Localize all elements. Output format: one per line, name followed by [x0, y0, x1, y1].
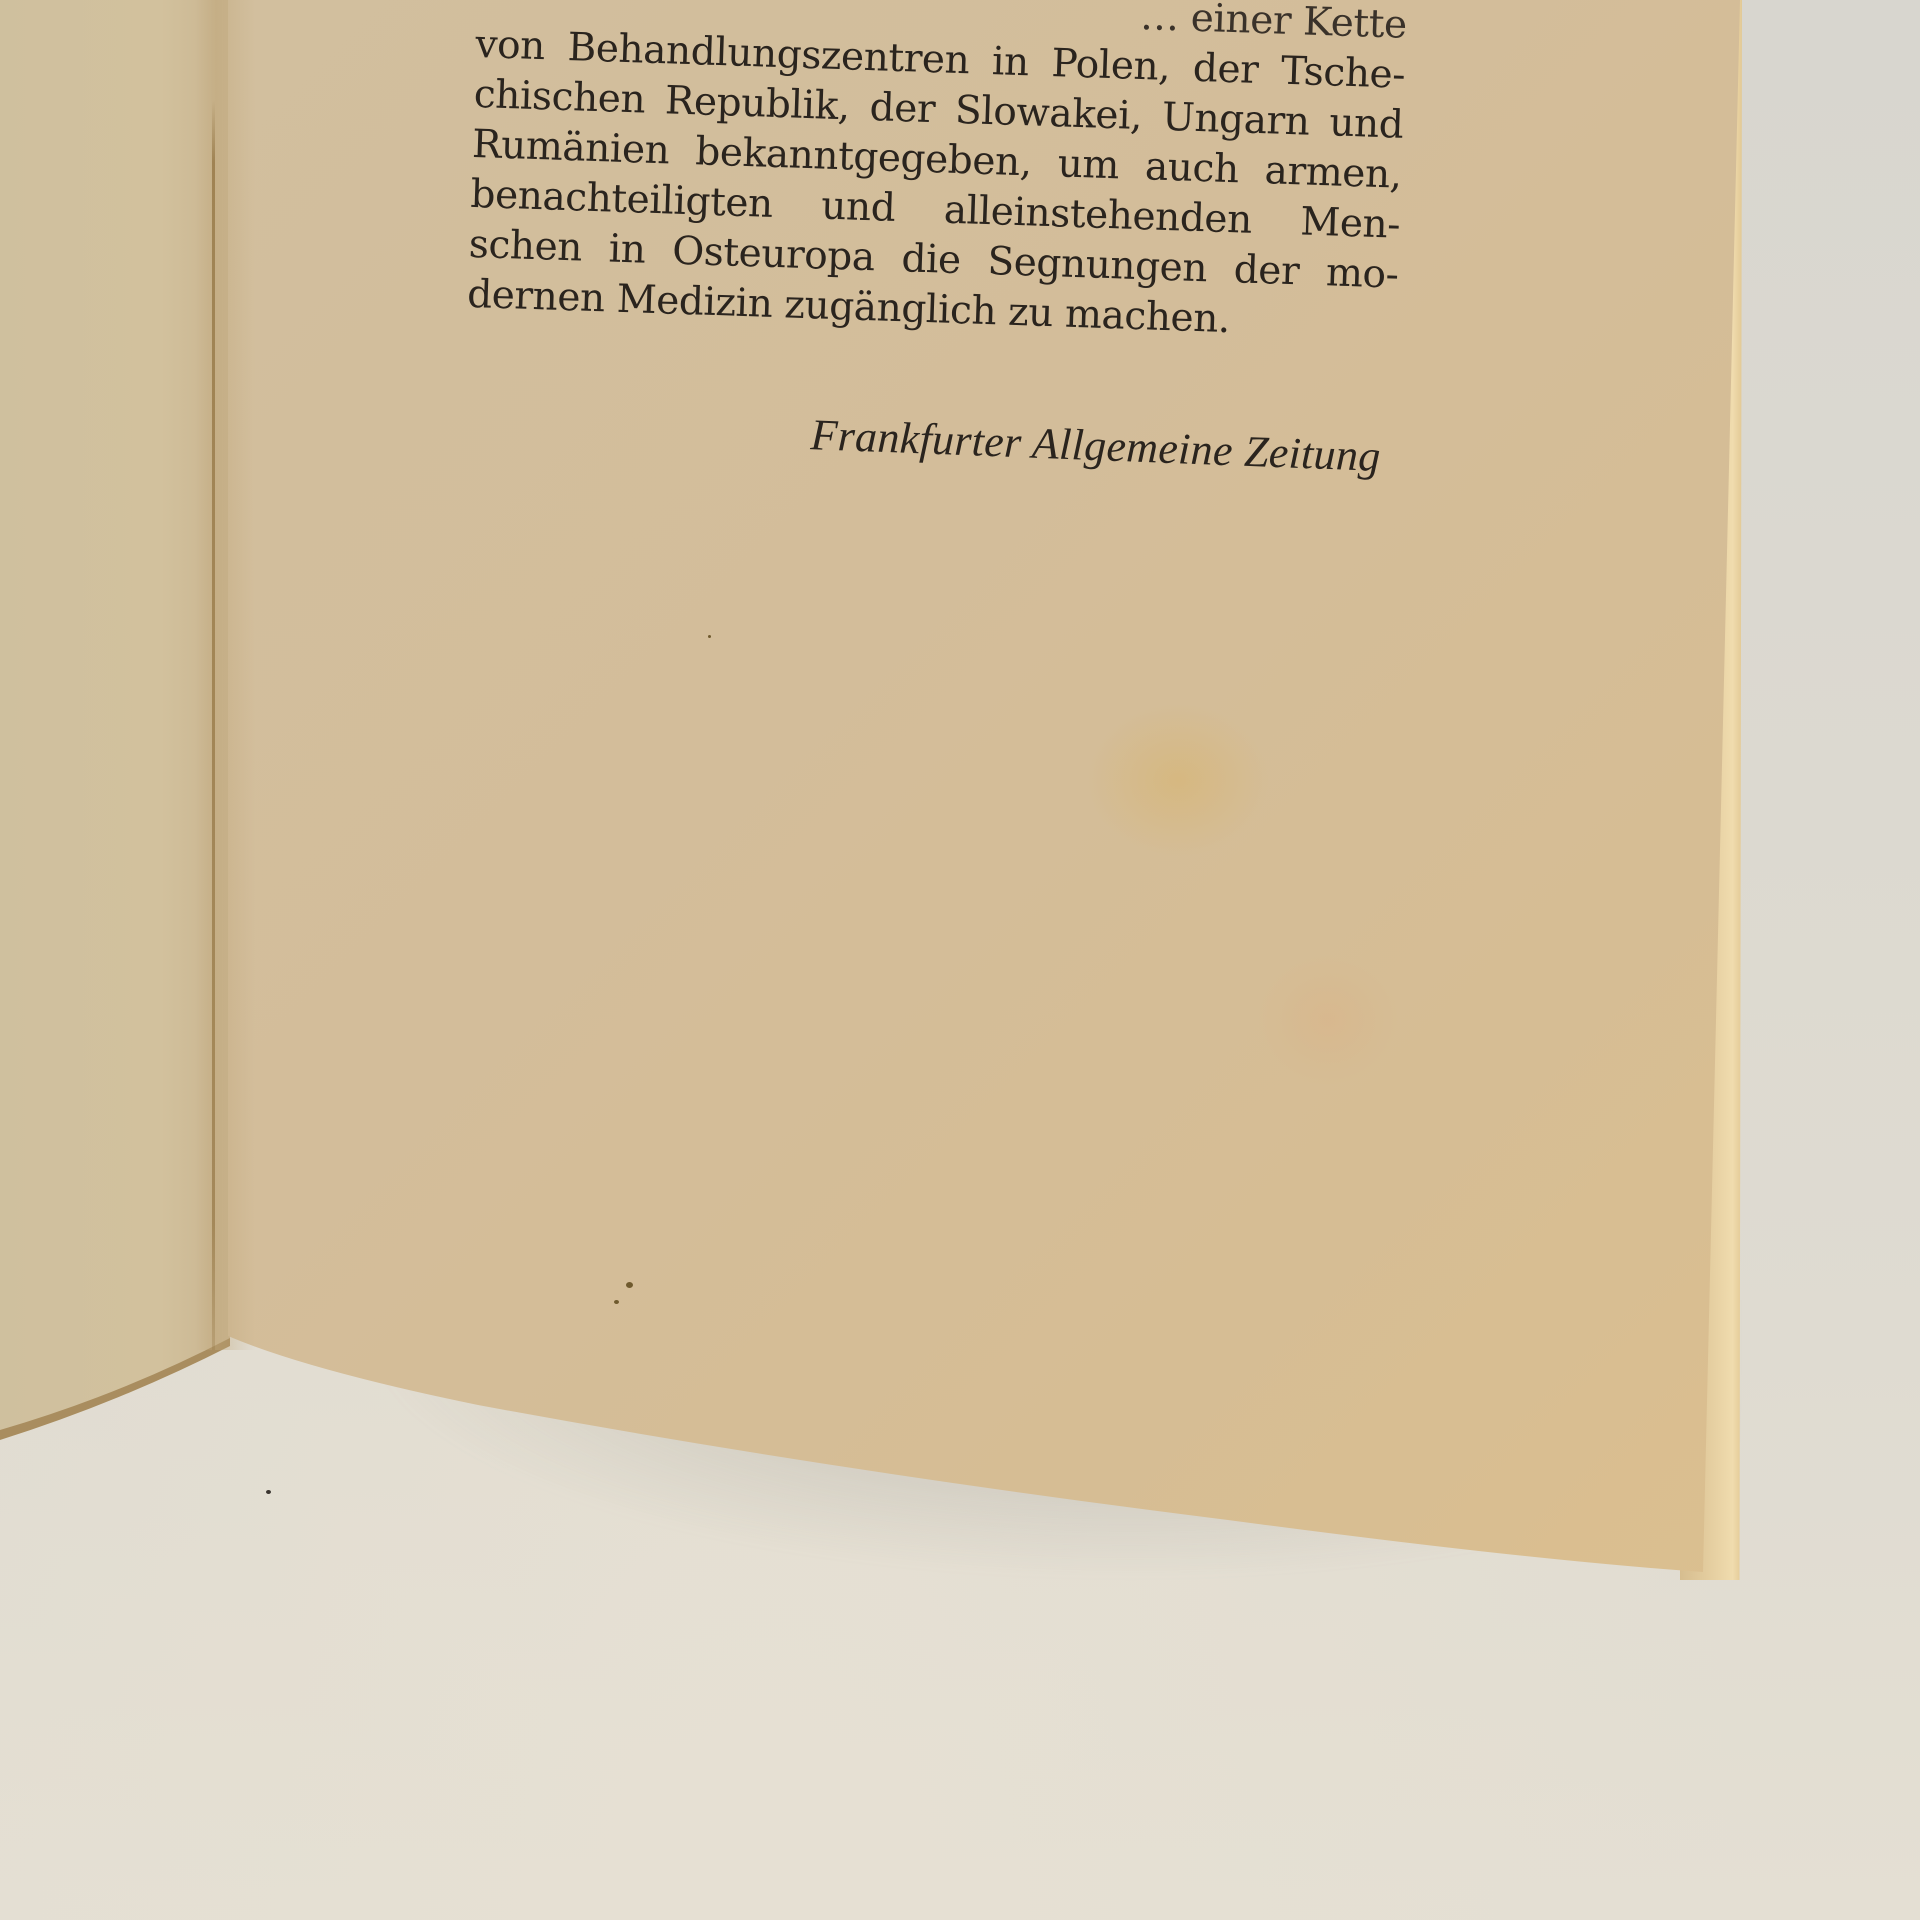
paper-speck	[708, 635, 711, 638]
body-text: … einer Kette von Behandlungszentren in …	[466, 0, 1407, 351]
paper-speck	[266, 1490, 271, 1494]
paper-speck	[626, 1282, 633, 1288]
gutter-shade	[195, 0, 255, 1350]
book-gutter	[212, 100, 215, 1350]
paper-speck	[614, 1300, 619, 1304]
